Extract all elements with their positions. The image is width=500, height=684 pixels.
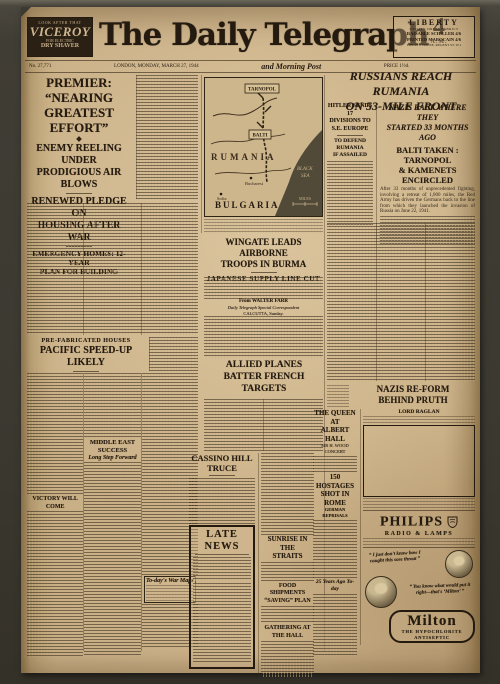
- left-bottom-col1: VICTORY WILL COME: [27, 373, 83, 651]
- late-news-item-noise: [193, 637, 251, 663]
- woman-portrait: [445, 550, 473, 578]
- body-text-noise: [83, 203, 140, 335]
- map-label-bulgaria: BULGARIA: [215, 200, 280, 210]
- hitler-line3: S.E. EUROPE: [327, 126, 373, 134]
- burma-story-body: From WALTER FARR Daily Telegraph Special…: [204, 277, 323, 358]
- man-portrait: [365, 576, 397, 608]
- hostages-line1: 150 HOSTAGES: [313, 473, 357, 490]
- hitler-line1: HITLER SENDS 17: [327, 103, 373, 118]
- headline-divider: [209, 475, 235, 476]
- body-text-noise: [189, 478, 255, 524]
- body-text-noise: [313, 520, 357, 578]
- queen-hostages-column: THE QUEEN AT ALBERT HALL SIR H. WOOD CON…: [313, 409, 357, 656]
- masthead-rule-top: [25, 60, 476, 61]
- nazis-back-line1: NAZIS BACK WHERE THEY: [380, 103, 475, 123]
- body-text-noise: [84, 462, 140, 656]
- hitler-line2: DIVISIONS TO: [327, 118, 373, 126]
- lead-intro-paragraph: After 33 months of unprecedented fightin…: [380, 187, 475, 215]
- balti-line1: BALTI TAKEN : TARNOPOL: [380, 145, 475, 165]
- body-text-noise: [313, 456, 357, 472]
- victory-crosshead: VICTORY WILL COME: [27, 495, 83, 511]
- prefab-crosshead: PRE-FABRICATED HOUSES: [27, 337, 145, 345]
- body-text-noise: [376, 223, 426, 381]
- late-news-box: LATE NEWS: [189, 525, 255, 669]
- headline-ornament: [76, 136, 82, 142]
- body-text-noise: [204, 316, 323, 358]
- body-text-noise: [136, 75, 198, 199]
- body-text-noise: [204, 399, 263, 451]
- food-line2: “SAVING” PLAN: [261, 598, 314, 606]
- milton-brand: Milton: [393, 613, 471, 629]
- liberty-line5: LIBERTY HOUSE, REGENT ST. W.1: [395, 43, 473, 48]
- milton-advert: “ I just don't know how I caught this so…: [363, 547, 475, 645]
- headline-divider: [66, 193, 92, 194]
- body-text-noise: [146, 585, 194, 601]
- premier-subhead1-line1: ENEMY REELING UNDER: [27, 143, 131, 167]
- premier-subhead1-line2: PRODIGIOUS AIR BLOWS: [27, 167, 131, 191]
- newspaper-title: The Daily Telegraph: [99, 17, 429, 53]
- hostages-line2: SHOT IN ROME: [313, 490, 357, 507]
- headline-divider: [337, 135, 363, 136]
- philips-advert: PHILIPS RADIO & LAMPS: [363, 510, 475, 545]
- late-news-rule: [195, 554, 249, 555]
- body-text-noise: [149, 337, 198, 371]
- philips-tagline: RADIO & LAMPS: [363, 531, 475, 537]
- headline-divider: [251, 272, 277, 273]
- wingate-line1: WINGATE LEADS AIRBORNE: [204, 237, 323, 259]
- premier-headline-line2: GREATEST EFFORT”: [27, 105, 131, 135]
- queen-line1: THE QUEEN AT: [313, 409, 357, 426]
- right-body-columns: [327, 223, 475, 381]
- years-ago-crosshead: 25 Years Ago To-day: [313, 579, 357, 593]
- dateline-city-date: LONDON, MONDAY, MARCH 27, 1944: [114, 64, 199, 69]
- sunrise-line2: STRAITS: [261, 552, 314, 561]
- map-label-black: BLACK: [297, 167, 313, 172]
- body-text-noise: [27, 511, 83, 657]
- pruth-line2: BEHIND PRUTH: [351, 395, 475, 406]
- late-news-title: LATE NEWS: [193, 529, 251, 553]
- food-line1: FOOD SHIPMENTS: [261, 583, 314, 598]
- map-caption-noise: [204, 219, 323, 233]
- body-text-noise: [141, 203, 198, 335]
- sunrise-line1: SUNRISE IN THE: [261, 535, 314, 552]
- milton-quote1: “ I just don't know how I caught this so…: [363, 550, 428, 565]
- cassino-late-news-column: CASSINO HILL TRUCE LATE NEWS: [189, 453, 255, 669]
- hostages-subhead: GERMAN REPRISALS: [313, 507, 357, 519]
- body-text-noise: [261, 453, 314, 535]
- viceroy-brand: VICEROY: [29, 25, 91, 38]
- straits-column: SUNRISE IN THE STRAITS FOOD SHIPMENTS “S…: [258, 453, 314, 677]
- pruth-line1: NAZIS RE-FORM: [351, 384, 475, 395]
- body-text-noise: [327, 223, 376, 381]
- sofia-dot: [220, 193, 223, 196]
- map-label-balti: BALTI: [252, 134, 267, 139]
- newspaper-scan: { "masthead": { "viceroy_ad": { "top_lin…: [0, 0, 500, 684]
- nazis-back-line2: STARTED 33 MONTHS AGO: [380, 123, 475, 143]
- map-label-rumania: RUMANIA: [211, 152, 277, 162]
- mid-body-columns: [204, 399, 323, 451]
- defend-line2: IF ASSAILED: [327, 152, 373, 159]
- map-label-sea: SEA: [301, 174, 311, 179]
- allied-line3: TARGETS: [217, 383, 311, 395]
- allied-planes-headline: ALLIED PLANES BATTER FRENCH TARGETS: [217, 359, 311, 395]
- photo-ads-column: LORD RAGLAN PHILIPS RADIO & LAMPS “ I ju…: [360, 409, 475, 645]
- liberty-brand: LIBERTY: [395, 19, 473, 27]
- body-text-noise: [27, 203, 83, 335]
- viceroy-advert: LOOK AFTER THAT VICEROY FOR ELECTRIC DRY…: [27, 17, 93, 57]
- allied-line2: BATTER FRENCH: [217, 371, 311, 383]
- cassino-line2: TRUCE: [189, 463, 255, 473]
- war-map: TARNOPOL BALTI RUMANIA BULGARIA Buchares…: [204, 77, 323, 217]
- pruth-headline: NAZIS RE-FORM BEHIND PRUTH: [351, 384, 475, 406]
- body-text-noise: [327, 385, 349, 407]
- column-rule-left-mid: [201, 75, 202, 233]
- allied-line1: ALLIED PLANES: [217, 359, 311, 371]
- body-text-noise: [261, 562, 314, 582]
- defend-line1: TO DEFEND RUMANIA: [327, 138, 373, 152]
- hitler-divisions-column: HITLER SENDS 17 DIVISIONS TO S.E. EUROPE…: [327, 103, 373, 227]
- map-scale-label: MILES: [299, 196, 311, 201]
- queen-line2: ALBERT HALL: [313, 426, 357, 443]
- bucharest-dot: [250, 177, 253, 180]
- hall-line1: GATHERING AT: [261, 625, 314, 633]
- liberty-advert: LIBERTY UTILITY DRESS FABRICS RAISABLE S…: [393, 16, 475, 58]
- raglan-headline: LORD RAGLAN: [363, 409, 475, 416]
- headline-divider: [73, 371, 99, 372]
- mideast-crosshead: MIDDLE EAST SUCCESS: [84, 439, 140, 455]
- late-news-item-noise: [193, 557, 251, 581]
- milton-brand-box: Milton THE HYPOCHLORITE ANTISEPTIC: [389, 610, 475, 643]
- war-maps-title: To-day's War Maps: [146, 578, 194, 585]
- body-text-noise: [425, 223, 475, 381]
- viceroy-bottom-line: DRY SHAVER: [29, 43, 91, 50]
- body-text-noise: [27, 373, 83, 495]
- pacific-headlines: PRE-FABRICATED HOUSES PACIFIC SPEED-UP L…: [27, 337, 145, 374]
- photo-caption-noise: [363, 498, 475, 509]
- queen-subhead: SIR H. WOOD CONCERT: [313, 443, 357, 455]
- wingate-line2: TROOPS IN BURMA: [204, 259, 323, 270]
- cassino-line1: CASSINO HILL: [189, 453, 255, 463]
- crowd-photo: [363, 425, 475, 497]
- late-news-item-noise: [193, 583, 251, 611]
- balti-line2: & KAMENETS ENCIRCLED: [380, 165, 475, 185]
- issue-number: No. 27,771: [25, 64, 51, 69]
- left-bottom-col2: MIDDLE EAST SUCCESS Long Step Forward: [83, 373, 140, 651]
- lead-line1: RUSSIANS REACH RUMANIA: [327, 69, 475, 99]
- subtitle-morning-post: and Morning Post: [261, 62, 321, 71]
- rumania-map-graphic: TARNOPOL BALTI RUMANIA BULGARIA Buchares…: [205, 78, 322, 216]
- body-text-noise: [313, 594, 357, 656]
- pacific-headline: PACIFIC SPEED-UP LIKELY: [27, 345, 145, 369]
- premier-headline-line1: PREMIER: “NEARING: [27, 75, 131, 105]
- hall-line2: THE HALL: [261, 633, 314, 641]
- body-text-noise: [84, 373, 140, 439]
- philips-smallprint-noise: [363, 538, 475, 545]
- body-text-noise: [363, 416, 475, 424]
- newspaper-page: LOOK AFTER THAT VICEROY FOR ELECTRIC DRY…: [21, 7, 480, 673]
- body-text-noise: [204, 277, 323, 299]
- left-body-columns: [27, 203, 198, 335]
- masthead-title-block: The Daily Telegraph4A.M.: [99, 17, 387, 57]
- map-label-bucharest: Bucharest: [245, 181, 264, 186]
- mideast-subhead: Long Step Forward: [84, 455, 140, 462]
- body-text-noise: [327, 161, 373, 227]
- map-label-tarnopol: TARNOPOL: [248, 88, 277, 93]
- late-news-item-noise: [193, 613, 251, 635]
- body-text-noise: [261, 641, 314, 677]
- milton-quote2: “ You know what would put it right—that'…: [405, 583, 475, 597]
- philips-shield-icon: [447, 516, 458, 528]
- left-bottom-columns: VICTORY WILL COME MIDDLE EAST SUCCESS Lo…: [27, 373, 198, 651]
- map-label-sofia: Sofia: [217, 196, 227, 201]
- body-text-noise: [261, 606, 314, 624]
- milton-tagline1: THE HYPOCHLORITE: [393, 629, 471, 635]
- philips-brand: PHILIPS: [380, 514, 443, 529]
- milton-tagline2: ANTISEPTIC: [393, 635, 471, 641]
